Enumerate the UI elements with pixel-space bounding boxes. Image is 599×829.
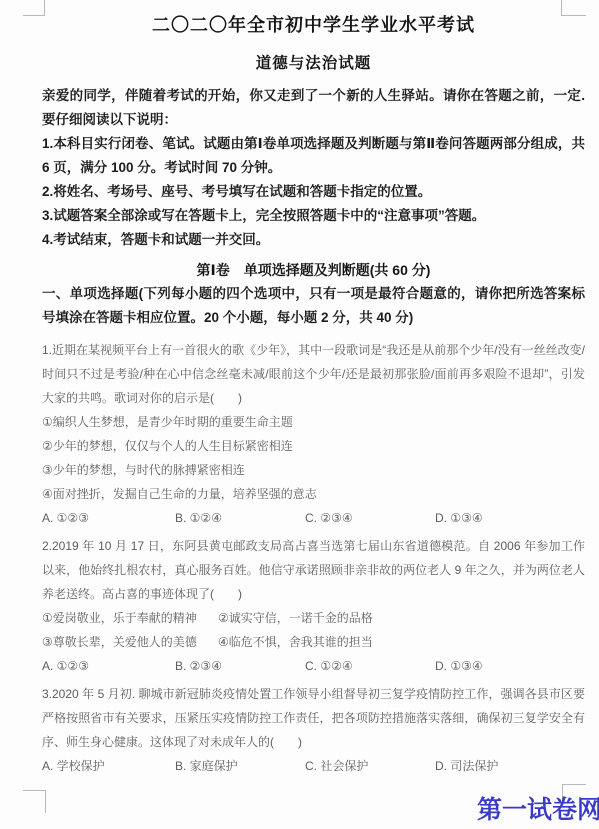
crop-mark-bottom-left (23, 790, 46, 813)
notice-item-3: 3.试题答案全部涂或写在答题卡上，完全按照答题卡中的“注意事项”答题。 (42, 204, 585, 228)
question-2-options: ①爱岗敬业，乐于奉献的精神 ②诚实守信，一诺千金的品格 ③尊敬长辈，关爱他人的美… (42, 606, 585, 654)
question-3-choice-a: A. 学校保护 (42, 754, 175, 778)
question-1-choice-c: C. ②③④ (305, 506, 435, 530)
question-2-option-4: ④临危不惧，舍我其谁的担当 (218, 630, 585, 654)
question-1-stem: 1.近期在某视频平台上有一首很火的歌《少年》，其中一段歌词是“我还是从前那个少年… (42, 338, 585, 410)
question-1-option-4: ④面对挫折，发掘自己生命的力量，培养坚强的意志 (42, 482, 585, 506)
question-3-choices: A. 学校保护 B. 家庭保护 C. 社会保护 D. 司法保护 (42, 754, 585, 778)
exam-notice: 亲爱的同学，伴随着考试的开始，你又走到了一个新的人生驿站。请你在答题之前，一定.… (42, 84, 585, 252)
question-2-choice-d: D. ①③④ (435, 654, 585, 678)
question-3: 3.2020 年 5 月初. 聊城市新冠肺炎疫情处置工作领导小组督导初三复学疫情… (42, 682, 585, 778)
question-1-option-1: ①编织人生梦想，是青少年时期的重要生命主题 (42, 410, 585, 434)
question-3-choice-d: D. 司法保护 (435, 754, 585, 778)
notice-item-4: 4.考试结束，答题卡和试题一并交回。 (42, 228, 585, 252)
question-2-stem: 2.2019 年 10 月 17 日，东阿县黄屯邮政支局高占喜当选第七届山东省道… (42, 534, 585, 606)
question-3-stem: 3.2020 年 5 月初. 聊城市新冠肺炎疫情处置工作领导小组督导初三复学疫情… (42, 682, 585, 754)
question-3-choice-b: B. 家庭保护 (175, 754, 305, 778)
question-2-choice-c: C. ①②④ (305, 654, 435, 678)
exam-content: 二〇二〇年全市初中学生学业水平考试 道德与法治试题 亲爱的同学，伴随着考试的开始… (42, 12, 585, 778)
question-3-choice-c: C. 社会保护 (305, 754, 435, 778)
exam-subtitle: 道德与法治试题 (42, 52, 585, 76)
section1-intro: 一、单项选择题(下列每小题的四个选项中，只有一项是最符合题意的，请你把所选答案标… (42, 282, 585, 330)
question-1-choices: A. ①②③ B. ①②④ C. ②③④ D. ①③④ (42, 506, 585, 530)
question-1-option-2: ②少年的梦想，仅仅与个人的人生目标紧密相连 (42, 434, 585, 458)
question-1-choice-a: A. ①②③ (42, 506, 175, 530)
question-2-choice-b: B. ②③④ (175, 654, 305, 678)
question-2-choice-a: A. ①②③ (42, 654, 175, 678)
question-1-choice-b: B. ①②④ (175, 506, 305, 530)
notice-item-2: 2.将姓名、考场号、座号、考号填写在试题和答题卡指定的位置。 (42, 180, 585, 204)
exam-title: 二〇二〇年全市初中学生学业水平考试 (42, 12, 585, 38)
notice-item-1: 1.本科目实行闭卷、笔试。试题由第Ⅰ卷单项选择题及判断题与第Ⅱ卷问答题两部分组成… (42, 132, 585, 180)
question-2-option-1: ①爱岗敬业，乐于奉献的精神 (42, 606, 218, 630)
notice-intro: 亲爱的同学，伴随着考试的开始，你又走到了一个新的人生驿站。请你在答题之前，一定.… (42, 84, 585, 132)
question-2: 2.2019 年 10 月 17 日，东阿县黄屯邮政支局高占喜当选第七届山东省道… (42, 534, 585, 678)
question-2-option-3: ③尊敬长辈，关爱他人的美德 (42, 630, 218, 654)
section1-header: 第Ⅰ卷 单项选择题及判断题(共 60 分) (42, 258, 585, 282)
scanned-exam-page: 二〇二〇年全市初中学生学业水平考试 道德与法治试题 亲爱的同学，伴随着考试的开始… (0, 0, 599, 829)
question-1-option-3: ③少年的梦想，与时代的脉搏紧密相连 (42, 458, 585, 482)
question-1: 1.近期在某视频平台上有一首很火的歌《少年》，其中一段歌词是“我还是从前那个少年… (42, 338, 585, 530)
question-2-choices: A. ①②③ B. ②③④ C. ①②④ D. ①③④ (42, 654, 585, 678)
watermark-diyishijuanwang: 第一试卷网 (477, 796, 599, 824)
question-1-choice-d: D. ①③④ (435, 506, 585, 530)
question-2-option-2: ②诚实守信，一诺千金的品格 (218, 606, 585, 630)
